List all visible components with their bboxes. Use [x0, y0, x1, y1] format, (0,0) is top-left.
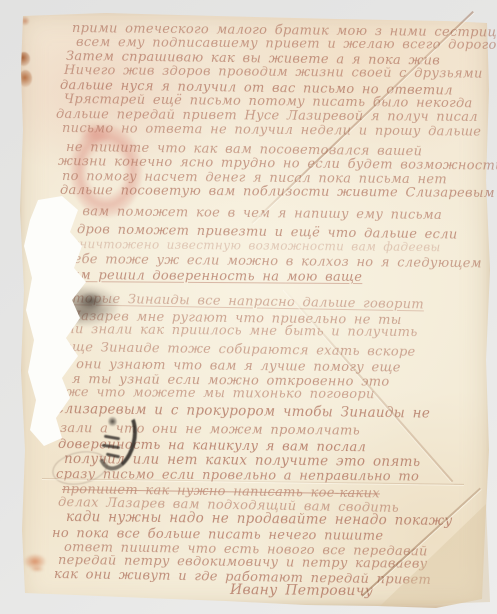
crease-diagonal-top-right: [251, 11, 474, 224]
overlay-marks: [0, 0, 497, 614]
postmark-stamp: [108, 416, 117, 427]
orange-stain: [30, 566, 44, 572]
crease-horizontal-bottom: [42, 478, 464, 485]
scanned-letter-image: прими отеческого малого братик мою з ним…: [0, 0, 497, 614]
crease-diagonal-middle: [283, 288, 453, 482]
torn-patch: [0, 0, 497, 614]
